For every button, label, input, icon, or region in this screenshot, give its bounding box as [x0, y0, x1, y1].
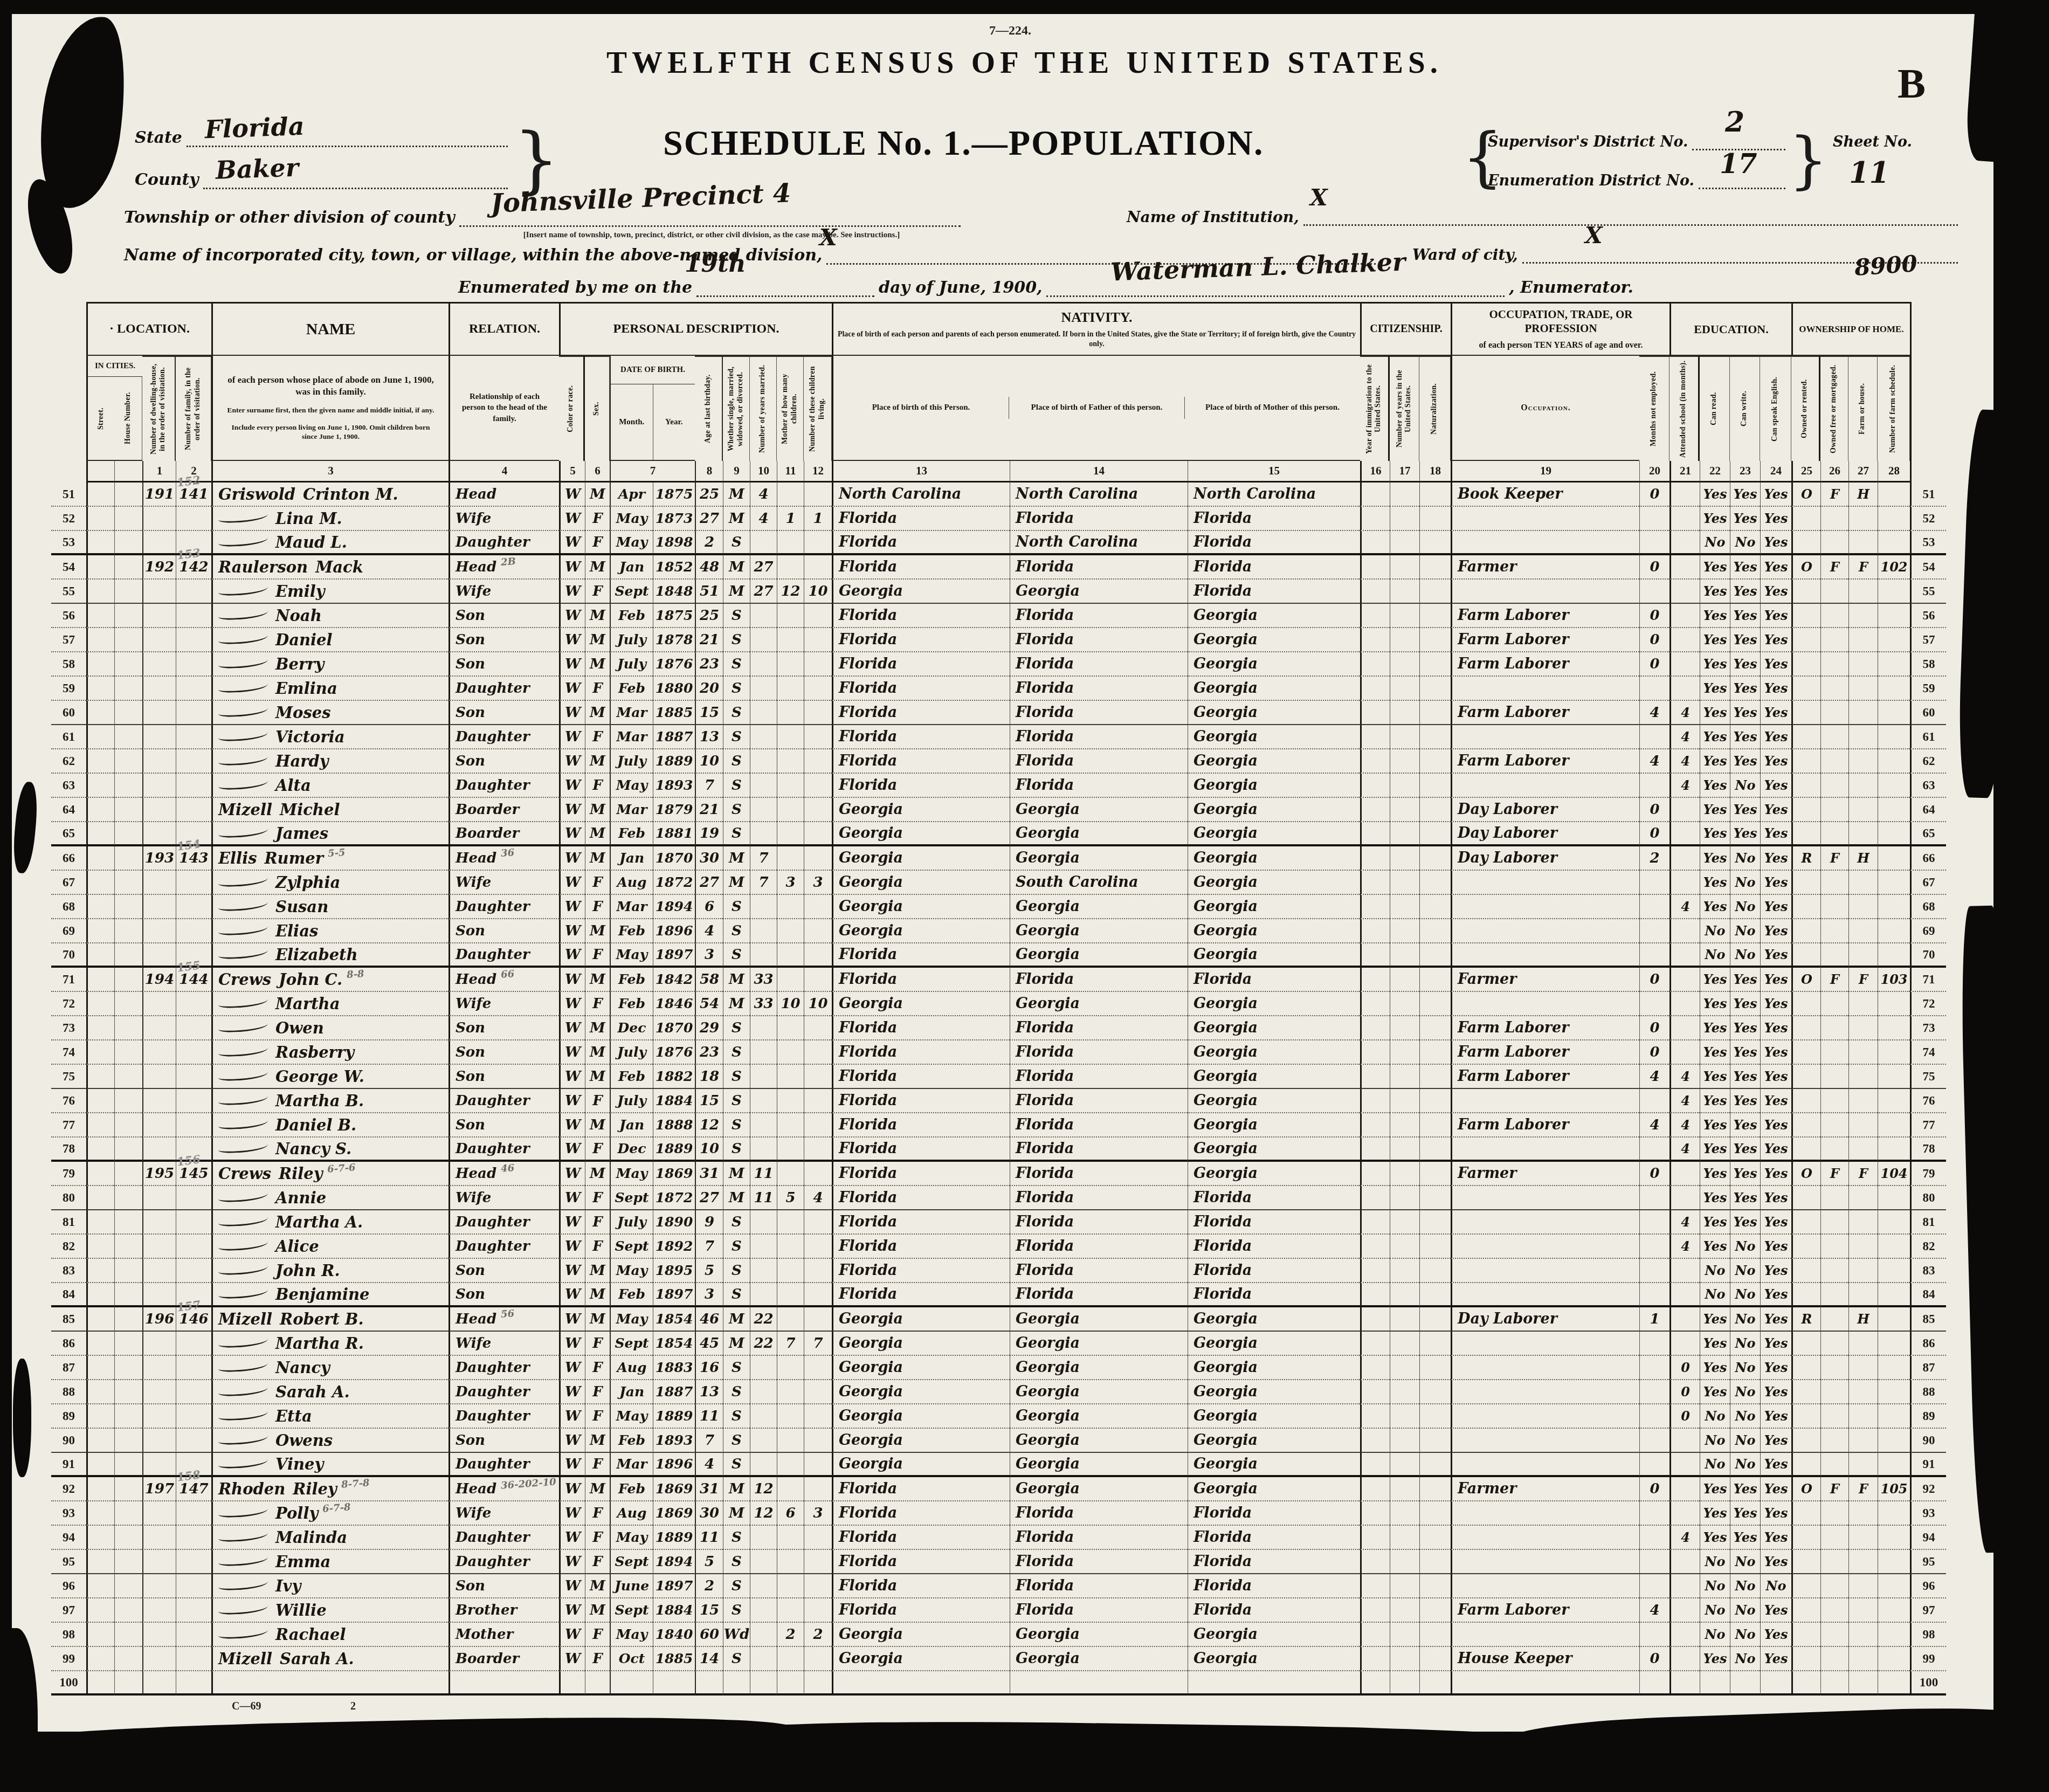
cell-sex: F	[585, 1380, 610, 1404]
cell-months-not-employed: 4	[1639, 1598, 1669, 1623]
cell-children-living	[804, 1162, 832, 1186]
cell-immigration-year	[1360, 943, 1390, 968]
row-number-right: 93	[1910, 1501, 1946, 1526]
cell-pob-person: Florida	[832, 531, 1010, 555]
cell-years-in-us	[1390, 725, 1419, 749]
cell-naturalization	[1419, 919, 1451, 943]
cell-birth-month: Feb	[610, 919, 653, 943]
cell-can-read: Yes	[1700, 895, 1730, 919]
cell-children-living	[804, 1380, 832, 1404]
cell-occupation: Farm Laborer	[1451, 749, 1639, 774]
cell-can-write: No	[1730, 774, 1760, 798]
cell-attended-school	[1669, 943, 1700, 968]
cell-relation: Daughter	[449, 1356, 559, 1380]
cell-farm-or-house: H	[1848, 1307, 1878, 1332]
cell-naturalization	[1419, 943, 1451, 968]
cell-can-read: Yes	[1700, 507, 1730, 531]
cell-occupation	[1451, 992, 1639, 1016]
cell-pob-father: Florida	[1010, 1138, 1188, 1162]
cell-owned-free-mortgaged	[1820, 1550, 1848, 1574]
cell-birth-year: 1895	[653, 1259, 695, 1283]
ditto-flourish	[218, 1532, 268, 1542]
cell-years-married: 11	[750, 1162, 777, 1186]
family-number-pencil: 155	[176, 958, 202, 974]
cell-can-write: No	[1730, 1404, 1760, 1429]
cell-can-write: Yes	[1730, 968, 1760, 992]
cell-attended-school: 0	[1669, 1404, 1700, 1429]
col-number-6: 6	[585, 461, 610, 483]
cell-years-in-us	[1390, 749, 1419, 774]
cell-mother-of-children	[777, 1404, 804, 1429]
cell-dwelling-number	[142, 1283, 176, 1307]
cell-relation: Daughter	[449, 1380, 559, 1404]
cell-dwelling-number	[142, 943, 176, 968]
cell-years-in-us	[1390, 1259, 1419, 1283]
cell-years-married: 22	[750, 1307, 777, 1332]
cell-dwelling-number	[142, 919, 176, 943]
cell-pob-mother: Georgia	[1188, 1429, 1360, 1453]
cell-immigration-year	[1360, 1065, 1390, 1089]
cell-immigration-year	[1360, 1089, 1390, 1113]
cell-birth-year: 1848	[653, 580, 695, 604]
cell-pob-person: Florida	[832, 1089, 1010, 1113]
cell-marital-status: S	[723, 1040, 750, 1065]
gutter-left-header	[51, 302, 86, 483]
cell-can-write: Yes	[1730, 725, 1760, 749]
cell-children-living	[804, 483, 832, 507]
cell-age: 29	[695, 1016, 723, 1040]
cell-occupation: Farm Laborer	[1451, 1065, 1639, 1089]
cell-marital-status: S	[723, 531, 750, 555]
cell-can-speak-english: Yes	[1760, 1089, 1791, 1113]
cell-farm-or-house	[1848, 604, 1878, 628]
col-header-pob-person: Place of birth of this Person.	[833, 397, 1009, 418]
cell-age: 51	[695, 580, 723, 604]
cell-age: 15	[695, 1598, 723, 1623]
col-header-family-number: Number of family, in the order of visita…	[176, 356, 211, 461]
cell-can-read: No	[1700, 531, 1730, 555]
name-pencil-note: 8-7-8	[341, 1477, 370, 1491]
cell-relation: Son	[449, 1016, 559, 1040]
cell-name: Martha	[211, 992, 449, 1016]
cell-dwelling-number: 191	[142, 483, 176, 507]
cell-family-number: 146157	[176, 1307, 211, 1332]
cell-street	[86, 1089, 114, 1113]
cell-relation: Son	[449, 604, 559, 628]
cell-family-number	[176, 701, 211, 725]
cell-birth-year: 1878	[653, 628, 695, 652]
col-header-immigration-year: Year of immigration to the United States…	[1360, 356, 1390, 461]
cell-marital-status: S	[723, 1429, 750, 1453]
cell-house	[114, 1477, 142, 1501]
cell-months-not-employed	[1639, 1429, 1669, 1453]
cell-name: Rasberry	[211, 1040, 449, 1065]
cell-naturalization	[1419, 1089, 1451, 1113]
cell-street	[86, 822, 114, 846]
row-number-right: 59	[1910, 677, 1946, 701]
given-name: Alta	[275, 776, 311, 795]
cell-owned-rented	[1791, 1259, 1820, 1283]
cell-name: RaulersonMack	[211, 555, 449, 580]
cell-color-race: W	[559, 1623, 585, 1647]
given-name: Viney	[275, 1455, 323, 1473]
cell-attended-school: 4	[1669, 774, 1700, 798]
cell-sex: M	[585, 1040, 610, 1065]
cell-occupation: Farm Laborer	[1451, 1040, 1639, 1065]
cell-birth-year: 1876	[653, 1040, 695, 1065]
row-number-left: 100	[51, 1671, 86, 1695]
cell-farm-schedule	[1878, 1356, 1910, 1380]
cell-naturalization	[1419, 1477, 1451, 1501]
cell-street	[86, 871, 114, 895]
cell-years-in-us	[1390, 1138, 1419, 1162]
cell-pob-mother: Georgia	[1188, 871, 1360, 895]
cell-farm-schedule: 104	[1878, 1162, 1910, 1186]
cell-house	[114, 1283, 142, 1307]
cell-house	[114, 1332, 142, 1356]
col-group-citizenship: CITIZENSHIP.	[1360, 302, 1451, 356]
cell-farm-or-house	[1848, 774, 1878, 798]
cell-name: Lina M.	[211, 507, 449, 531]
cell-age: 2	[695, 531, 723, 555]
cell-can-speak-english: Yes	[1760, 531, 1791, 555]
cell-children-living	[804, 1477, 832, 1501]
surname: Mizell	[218, 1310, 272, 1328]
ditto-flourish	[218, 949, 268, 959]
cell-birth-year: 1897	[653, 1574, 695, 1598]
cell-farm-or-house	[1848, 1138, 1878, 1162]
cell-attended-school	[1669, 1453, 1700, 1477]
cell-color-race: W	[559, 677, 585, 701]
col-number-5: 5	[559, 461, 585, 483]
cell-color-race: W	[559, 749, 585, 774]
cell-birth-year: 1870	[653, 1016, 695, 1040]
cell-marital-status: S	[723, 1235, 750, 1259]
cell-children-living	[804, 1671, 832, 1695]
cell-house	[114, 1550, 142, 1574]
cell-owned-rented	[1791, 895, 1820, 919]
cell-years-in-us	[1390, 555, 1419, 580]
cell-family-number	[176, 1259, 211, 1283]
cell-attended-school: 4	[1669, 1526, 1700, 1550]
col-number-1: 1	[142, 461, 176, 483]
cell-color-race: W	[559, 604, 585, 628]
cell-birth-year: 1884	[653, 1089, 695, 1113]
col-number-18: 18	[1419, 461, 1451, 483]
cell-attended-school	[1669, 1550, 1700, 1574]
cell-dwelling-number	[142, 1526, 176, 1550]
cell-naturalization	[1419, 1065, 1451, 1089]
cell-owned-free-mortgaged	[1820, 1598, 1848, 1623]
cell-can-write: No	[1730, 1598, 1760, 1623]
name-desc-2: Enter surname first, then the given name…	[227, 405, 434, 415]
cell-years-in-us	[1390, 1016, 1419, 1040]
cell-can-read: Yes	[1700, 1089, 1730, 1113]
cell-sex: F	[585, 1138, 610, 1162]
cell-can-speak-english: Yes	[1760, 1259, 1791, 1283]
cell-sex: M	[585, 1598, 610, 1623]
cell-birth-year: 1869	[653, 1501, 695, 1526]
cell-street	[86, 677, 114, 701]
cell-birth-year: 1869	[653, 1477, 695, 1501]
cell-years-in-us	[1390, 1283, 1419, 1307]
cell-can-speak-english: Yes	[1760, 677, 1791, 701]
cell-immigration-year	[1360, 1477, 1390, 1501]
row-number-left: 64	[51, 798, 86, 822]
cell-farm-or-house	[1848, 1526, 1878, 1550]
given-name: Elizabeth	[275, 946, 358, 964]
relation-value: Daughter	[456, 534, 530, 550]
cell-owned-rented	[1791, 1332, 1820, 1356]
cell-months-not-employed	[1639, 1404, 1669, 1429]
cell-owned-rented	[1791, 1623, 1820, 1647]
cell-pob-person: Georgia	[832, 1429, 1010, 1453]
name-pencil-note: 8-8	[346, 968, 364, 981]
cell-pob-person: Georgia	[832, 1332, 1010, 1356]
cell-relation: Brother	[449, 1598, 559, 1623]
sheet-letter: B	[1898, 59, 1926, 108]
cell-pob-mother: Georgia	[1188, 822, 1360, 846]
col-number-23: 23	[1730, 461, 1760, 483]
given-name: Martha	[275, 995, 340, 1013]
cell-owned-rented: O	[1791, 968, 1820, 992]
cell-naturalization	[1419, 1671, 1451, 1695]
row-number-right: 79	[1910, 1162, 1946, 1186]
surname: Crews	[218, 970, 271, 989]
cell-family-number	[176, 992, 211, 1016]
cell-color-race: W	[559, 1283, 585, 1307]
cell-can-speak-english: Yes	[1760, 968, 1791, 992]
cell-birth-year: 1873	[653, 507, 695, 531]
cell-owned-rented: R	[1791, 1307, 1820, 1332]
cell-dwelling-number: 197	[142, 1477, 176, 1501]
cell-sex: M	[585, 1065, 610, 1089]
cell-owned-free-mortgaged	[1820, 774, 1848, 798]
col-header-can-write: Can write.	[1730, 356, 1760, 461]
cell-years-married	[750, 774, 777, 798]
cell-can-speak-english: Yes	[1760, 1598, 1791, 1623]
cell-birth-month: Aug	[610, 1501, 653, 1526]
row-number-right: 75	[1910, 1065, 1946, 1089]
cell-years-married	[750, 1550, 777, 1574]
cell-can-write: No	[1730, 895, 1760, 919]
cell-house	[114, 1380, 142, 1404]
census-table: · LOCATION.NAMERELATION.PERSONAL DESCRIP…	[51, 302, 1946, 1695]
cell-street	[86, 846, 114, 871]
cell-can-write: No	[1730, 1307, 1760, 1332]
cell-can-speak-english: Yes	[1760, 555, 1791, 580]
cell-pob-person	[832, 1671, 1010, 1695]
row-number-left: 73	[51, 1016, 86, 1040]
cell-mother-of-children: 3	[777, 871, 804, 895]
cell-birth-year: 1846	[653, 992, 695, 1016]
row-number-left: 57	[51, 628, 86, 652]
cell-years-in-us	[1390, 1453, 1419, 1477]
cell-dwelling-number: 193	[142, 846, 176, 871]
name-desc-3: Include every person living on June 1, 1…	[224, 423, 438, 442]
cell-owned-rented	[1791, 871, 1820, 895]
row-number-right: 61	[1910, 725, 1946, 749]
cell-sex: F	[585, 1404, 610, 1429]
row-number-right: 80	[1910, 1186, 1946, 1210]
cell-pob-father: Georgia	[1010, 992, 1188, 1016]
cell-house	[114, 507, 142, 531]
cell-can-speak-english: Yes	[1760, 871, 1791, 895]
cell-birth-month: May	[610, 1259, 653, 1283]
cell-pob-father: Florida	[1010, 1210, 1188, 1235]
cell-family-number	[176, 1647, 211, 1671]
cell-pob-person: Georgia	[832, 1356, 1010, 1380]
cell-pob-mother: Georgia	[1188, 1065, 1360, 1089]
cell-years-in-us	[1390, 871, 1419, 895]
cell-farm-schedule	[1878, 1453, 1910, 1477]
cell-sex: M	[585, 1162, 610, 1186]
cell-occupation	[1451, 1453, 1639, 1477]
row-number-left: 68	[51, 895, 86, 919]
cell-marital-status: S	[723, 1089, 750, 1113]
cell-farm-schedule	[1878, 846, 1910, 871]
ditto-flourish	[218, 1120, 268, 1129]
cell-can-speak-english: Yes	[1760, 725, 1791, 749]
cell-attended-school	[1669, 822, 1700, 846]
cell-dwelling-number	[142, 1210, 176, 1235]
cell-owned-free-mortgaged	[1820, 943, 1848, 968]
enumerated-prefix: Enumerated by me on the	[458, 278, 692, 297]
cell-dwelling-number: 196	[142, 1307, 176, 1332]
cell-age: 5	[695, 1550, 723, 1574]
ditto-flourish	[218, 1362, 268, 1372]
row-number-right: 78	[1910, 1138, 1946, 1162]
cell-sex: F	[585, 1235, 610, 1259]
cell-dwelling-number	[142, 507, 176, 531]
cell-birth-month: July	[610, 1040, 653, 1065]
ditto-flourish	[218, 1387, 268, 1396]
city-value: X	[819, 224, 837, 251]
cell-farm-or-house	[1848, 580, 1878, 604]
cell-relation: Daughter	[449, 677, 559, 701]
cell-street	[86, 1332, 114, 1356]
cell-years-in-us	[1390, 1040, 1419, 1065]
col-number-3: 3	[211, 461, 449, 483]
cell-years-in-us	[1390, 1404, 1419, 1429]
cell-street	[86, 1477, 114, 1501]
cell-pob-mother: Georgia	[1188, 1040, 1360, 1065]
footer-print-code: C—69	[232, 1700, 261, 1713]
cell-owned-rented	[1791, 1210, 1820, 1235]
cell-pob-mother: North Carolina	[1188, 483, 1360, 507]
cell-attended-school	[1669, 1671, 1700, 1695]
cell-pob-mother: Georgia	[1188, 1380, 1360, 1404]
cell-farm-or-house	[1848, 652, 1878, 677]
row-number-left: 96	[51, 1574, 86, 1598]
row-number-left: 67	[51, 871, 86, 895]
name-pencil-note: 6-7-6	[327, 1162, 356, 1175]
cell-mother-of-children	[777, 1089, 804, 1113]
given-name: Nancy	[275, 1359, 330, 1377]
cell-relation	[449, 1671, 559, 1695]
cell-years-in-us	[1390, 1647, 1419, 1671]
cell-age: 4	[695, 1453, 723, 1477]
cell-color-race: W	[559, 1259, 585, 1283]
cell-immigration-year	[1360, 652, 1390, 677]
cell-can-read: Yes	[1700, 652, 1730, 677]
cell-years-married	[750, 604, 777, 628]
cell-can-read: Yes	[1700, 725, 1730, 749]
cell-attended-school	[1669, 1162, 1700, 1186]
ditto-flourish	[218, 586, 268, 596]
cell-birth-month: Dec	[610, 1138, 653, 1162]
cell-family-number	[176, 1404, 211, 1429]
cell-attended-school: 4	[1669, 1138, 1700, 1162]
cell-marital-status: S	[723, 1574, 750, 1598]
cell-naturalization	[1419, 1380, 1451, 1404]
relation-value: Son	[456, 656, 485, 672]
given-name: Etta	[275, 1407, 312, 1425]
cell-owned-free-mortgaged	[1820, 822, 1848, 846]
cell-mother-of-children: 5	[777, 1186, 804, 1210]
cell-pob-person: Florida	[832, 1259, 1010, 1283]
cell-house	[114, 725, 142, 749]
cell-pob-person: Florida	[832, 1186, 1010, 1210]
cell-color-race: W	[559, 822, 585, 846]
cell-farm-or-house	[1848, 1186, 1878, 1210]
cell-years-married	[750, 1065, 777, 1089]
row-number-right: 100	[1910, 1671, 1946, 1695]
cell-marital-status: S	[723, 1356, 750, 1380]
cell-farm-schedule	[1878, 1623, 1910, 1647]
cell-pob-mother: Georgia	[1188, 1162, 1360, 1186]
cell-can-write	[1730, 1671, 1760, 1695]
cell-children-living	[804, 677, 832, 701]
cell-marital-status: M	[723, 1501, 750, 1526]
cell-immigration-year	[1360, 774, 1390, 798]
cell-can-write: Yes	[1730, 1186, 1760, 1210]
cell-can-read: Yes	[1700, 1040, 1730, 1065]
cell-owned-free-mortgaged	[1820, 677, 1848, 701]
cell-owned-free-mortgaged	[1820, 1671, 1848, 1695]
cell-marital-status: S	[723, 1259, 750, 1283]
cell-can-speak-english: Yes	[1760, 604, 1791, 628]
cell-family-number	[176, 1356, 211, 1380]
enum-district-line: Enumeration District No. 17	[1488, 173, 1790, 189]
cell-months-not-employed	[1639, 992, 1669, 1016]
cell-birth-month: May	[610, 1623, 653, 1647]
cell-owned-free-mortgaged	[1820, 919, 1848, 943]
cell-marital-status: S	[723, 1016, 750, 1040]
cell-mother-of-children	[777, 725, 804, 749]
cell-owned-rented	[1791, 774, 1820, 798]
cell-years-married	[750, 1380, 777, 1404]
cell-dwelling-number	[142, 725, 176, 749]
cell-can-read: No	[1700, 1623, 1730, 1647]
cell-birth-month: July	[610, 1089, 653, 1113]
cell-house	[114, 1186, 142, 1210]
col-number-16: 16	[1360, 461, 1390, 483]
given-name: Hardy	[275, 752, 329, 770]
cell-months-not-employed	[1639, 1138, 1669, 1162]
cell-mother-of-children	[777, 1671, 804, 1695]
cell-street	[86, 555, 114, 580]
cell-sex: F	[585, 943, 610, 968]
row-number-left: 83	[51, 1259, 86, 1283]
cell-naturalization	[1419, 1501, 1451, 1526]
cell-age: 6	[695, 895, 723, 919]
cell-immigration-year	[1360, 798, 1390, 822]
col-number-8: 8	[695, 461, 723, 483]
cell-pob-father: Florida	[1010, 1259, 1188, 1283]
given-name: Daniel B.	[275, 1116, 356, 1134]
cell-pob-father: Georgia	[1010, 1380, 1188, 1404]
